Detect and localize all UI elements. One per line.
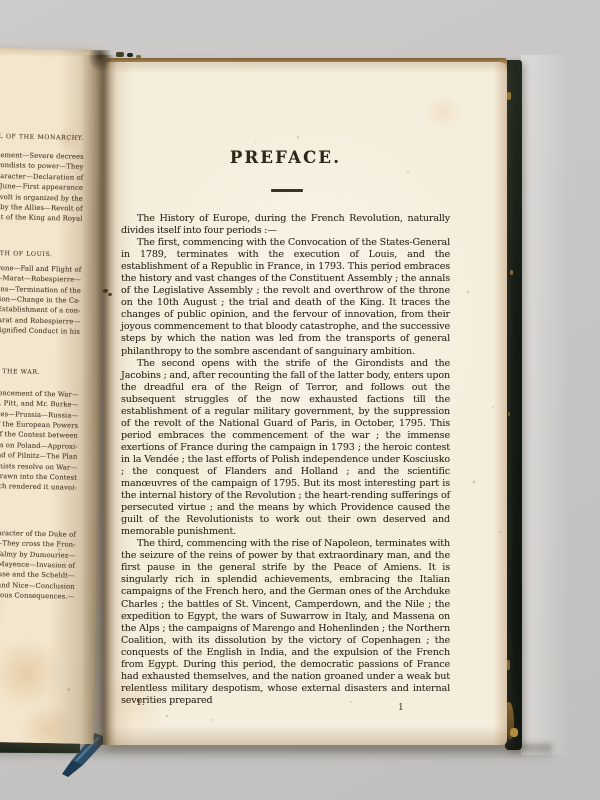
book-photo: FALL OF THE MONARCHY. mmencement—Severe … xyxy=(0,0,600,800)
heading-rule xyxy=(271,189,303,192)
preface-paragraph: The first, commencing with the Convocati… xyxy=(121,237,450,357)
signature-mark: 1. xyxy=(136,698,145,708)
left-page: FALL OF THE MONARCHY. mmencement—Severe … xyxy=(0,47,108,744)
worn-gold-fleck xyxy=(510,270,513,275)
preface-text: The History of Europe, during the French… xyxy=(121,213,450,707)
gutter-top-shadow xyxy=(88,50,112,72)
preface-paragraph: The third, commencing with the rise of N… xyxy=(121,538,450,707)
contents-section: -Character of the Duke of ie.—They cross… xyxy=(0,526,76,602)
section-header: FALL OF THE MONARCHY. xyxy=(0,131,84,143)
section-header: E DEATH OF LOUIS. xyxy=(0,248,53,259)
backdrop-highlight xyxy=(521,55,591,755)
foxing-spot xyxy=(103,289,108,293)
contents-section: E DEATH OF LOUIS. e throne—Fall and Flig… xyxy=(0,248,82,337)
edge-fleck xyxy=(116,52,124,57)
contents-fragment: FALL OF THE MONARCHY. mmencement—Severe … xyxy=(0,131,84,602)
foxing-spot xyxy=(108,293,112,296)
right-page: PREFACE. The History of Europe, during t… xyxy=(103,62,507,745)
contents-section: FALL OF THE MONARCHY. mmencement—Severe … xyxy=(0,131,84,224)
section-header: OF THE WAR. xyxy=(0,366,40,377)
page-number: 1 xyxy=(398,703,404,713)
contents-section: OF THE WAR. ommencement of the War— , Mr… xyxy=(0,366,79,494)
right-cover-edge xyxy=(505,60,522,750)
worn-gold-fleck xyxy=(507,92,511,100)
worn-gold-fleck xyxy=(508,412,510,416)
edge-fleck xyxy=(127,53,133,57)
worn-gold-fleck xyxy=(510,728,518,737)
page-title: PREFACE. xyxy=(121,148,450,167)
preface-paragraph: The History of Europe, during the French… xyxy=(121,213,450,237)
preface-paragraph: The second opens with the strife of the … xyxy=(121,358,450,539)
